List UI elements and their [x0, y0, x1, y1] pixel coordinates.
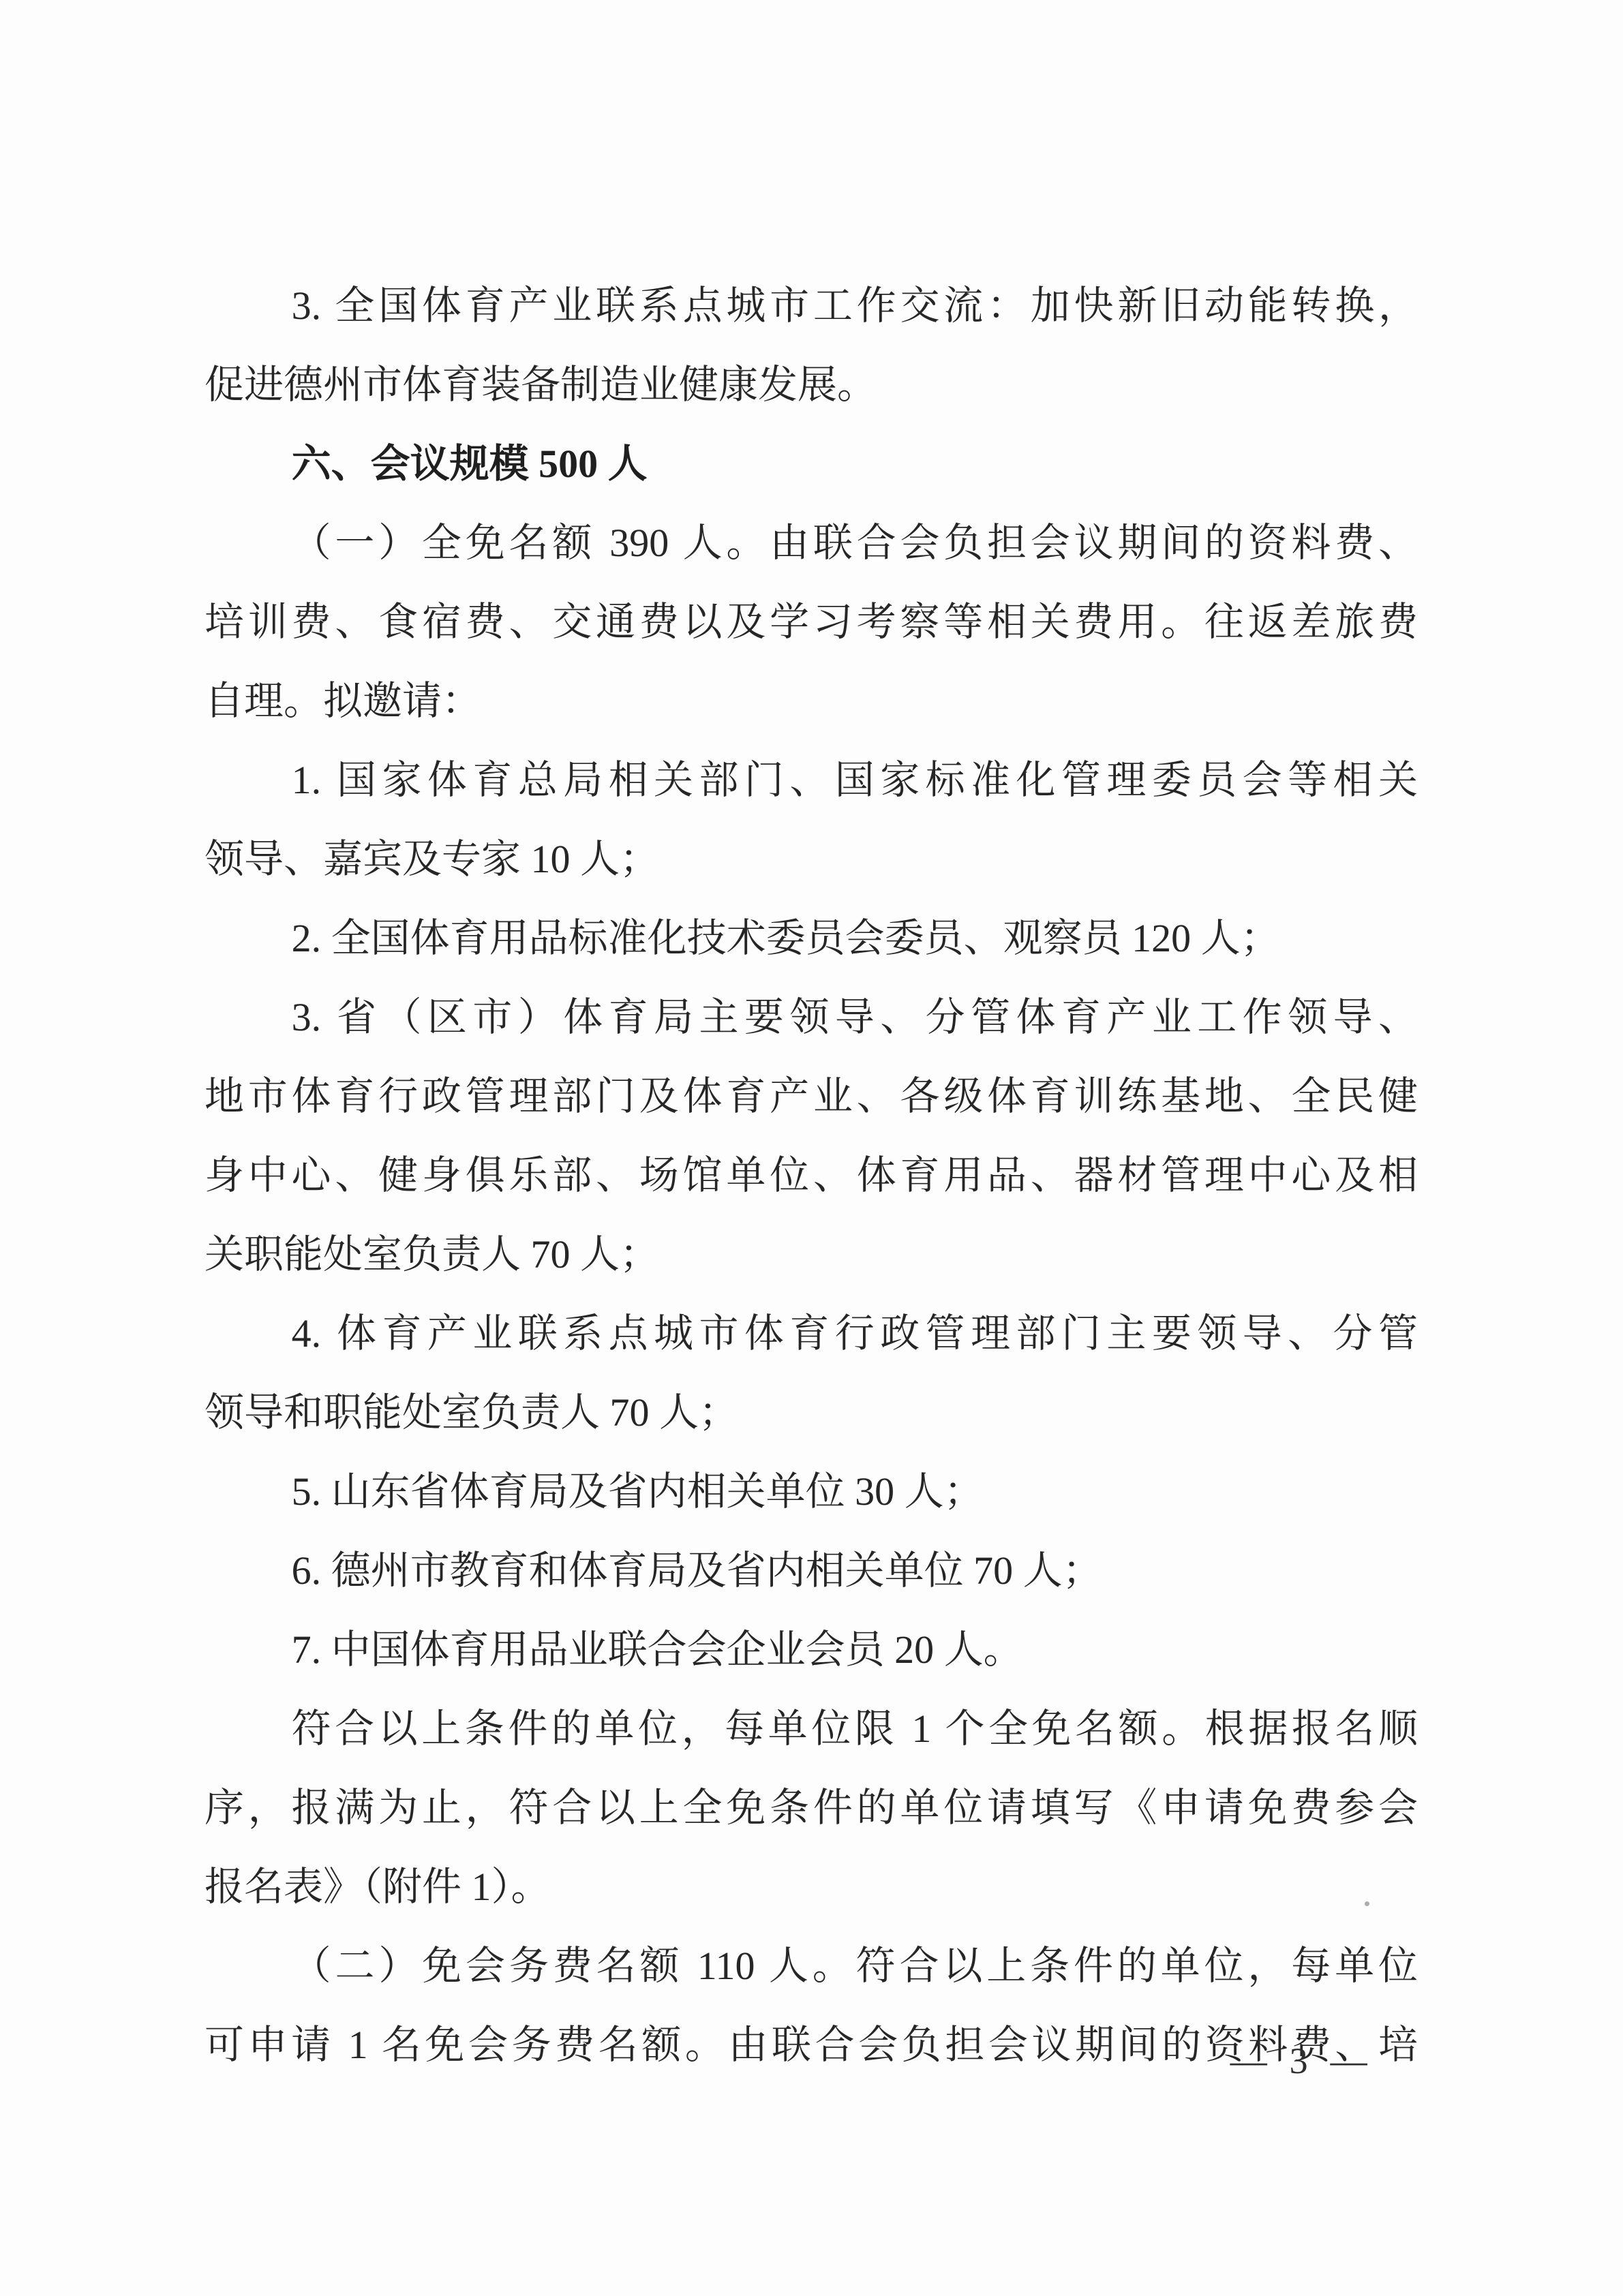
text-line: 身中心、健身俱乐部、场馆单位、体育用品、器材管理中心及相	[204, 1136, 1418, 1215]
text-line: 领导和职能处室负责人 70 人；	[204, 1373, 1418, 1452]
text-line: 4. 体育产业联系点城市体育行政管理部门主要领导、分管	[204, 1294, 1418, 1373]
text-line: 1. 国家体育总局相关部门、国家标准化管理委员会等相关	[204, 741, 1418, 820]
text-line: 培训费、食宿费、交通费以及学习考察等相关费用。往返差旅费	[204, 583, 1418, 662]
text-line: 3. 全国体育产业联系点城市工作交流：加快新旧动能转换，	[204, 266, 1418, 346]
scan-artifact-dot	[1365, 1901, 1369, 1906]
text-line: 领导、嘉宾及专家 10 人；	[204, 820, 1418, 899]
text-line: 3. 省（区市）体育局主要领导、分管体育产业工作领导、	[204, 978, 1418, 1057]
text-line: 序，报满为止，符合以上全免条件的单位请填写《申请免费参会	[204, 1769, 1418, 1848]
section-heading: 六、会议规模 500 人	[204, 425, 1418, 504]
text-line: （二）免会务费名额 110 人。符合以上条件的单位，每单位	[204, 1927, 1418, 2006]
document-body: 3. 全国体育产业联系点城市工作交流：加快新旧动能转换，促进德州市体育装备制造业…	[204, 266, 1418, 2085]
text-line: 关职能处室负责人 70 人；	[204, 1215, 1418, 1294]
text-line: 报名表》（附件 1）。	[204, 1848, 1418, 1927]
text-line: 2. 全国体育用品标准化技术委员会委员、观察员 120 人；	[204, 899, 1418, 978]
text-line: 促进德州市体育装备制造业健康发展。	[204, 346, 1418, 425]
text-line: 7. 中国体育用品业联合会企业会员 20 人。	[204, 1610, 1418, 1689]
text-line: 自理。拟邀请：	[204, 662, 1418, 741]
text-line: （一）全免名额 390 人。由联合会负担会议期间的资料费、	[204, 504, 1418, 583]
document-page: 3. 全国体育产业联系点城市工作交流：加快新旧动能转换，促进德州市体育装备制造业…	[0, 0, 1623, 2296]
text-line: 6. 德州市教育和体育局及省内相关单位 70 人；	[204, 1531, 1418, 1610]
page-number: — 3 —	[1213, 2040, 1391, 2081]
text-line: 符合以上条件的单位，每单位限 1 个全免名额。根据报名顺	[204, 1689, 1418, 1769]
text-line: 地市体育行政管理部门及体育产业、各级体育训练基地、全民健	[204, 1057, 1418, 1136]
text-line: 5. 山东省体育局及省内相关单位 30 人；	[204, 1452, 1418, 1531]
